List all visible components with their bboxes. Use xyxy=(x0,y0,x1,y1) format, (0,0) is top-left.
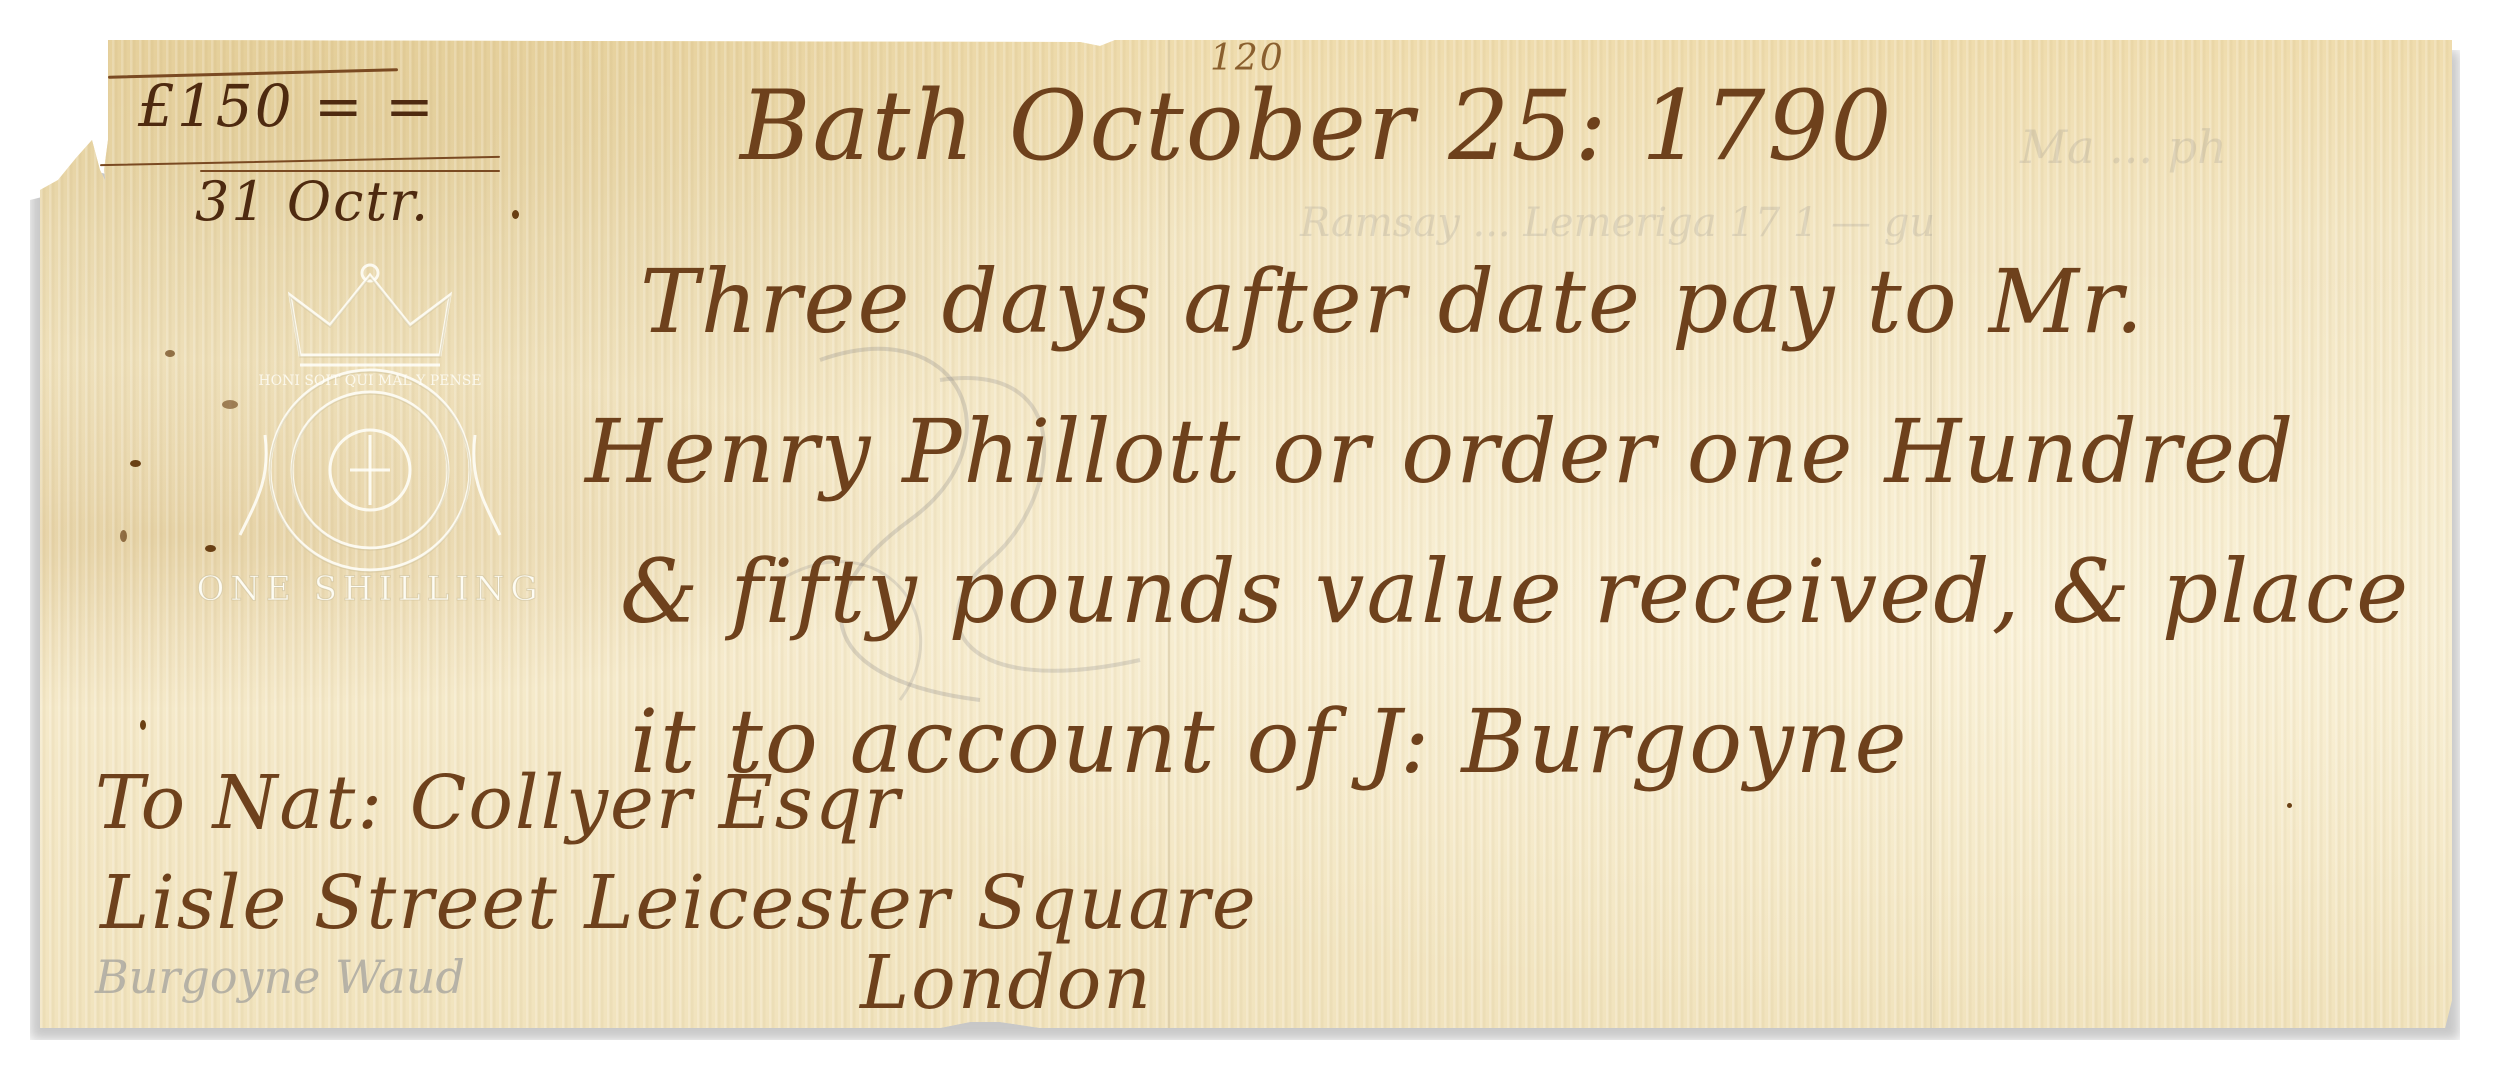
ink-spot xyxy=(2287,803,2292,808)
stamp-motto: HONI SOIT QUI MAL Y PENSE xyxy=(258,373,481,389)
place-date: Bath October 25: 1790 xyxy=(740,70,1894,182)
ink-spot xyxy=(130,460,141,467)
bleed-through-text: Ma ... ph xyxy=(2020,120,2227,174)
ink-spot xyxy=(512,210,519,219)
body-line-3: & fifty pounds value received, & place xyxy=(620,540,2410,643)
ink-spot xyxy=(120,530,127,542)
bleed-through-scrawl-icon xyxy=(760,320,1220,740)
stamp-denomination: ONE SHILLING xyxy=(196,569,543,609)
margin-due-date: 31 Octr. xyxy=(195,170,430,233)
margin-amount: £150 = = xyxy=(138,72,436,140)
ink-spot xyxy=(165,350,175,357)
bleed-through-text: Ramsay ... Lemeriga 17 1 — gu xyxy=(1300,200,1935,246)
addressee-line-2: Lisle Street Leicester Square xyxy=(100,860,1258,946)
ink-spot xyxy=(222,400,238,409)
paper-fold-line xyxy=(1930,40,1932,1028)
addressee-line-1: To Nat: Collyer Esqr xyxy=(95,760,902,846)
addressee-line-3: London xyxy=(860,940,1153,1026)
pencil-note: Burgoyne Waud xyxy=(95,950,465,1004)
embossed-stamp-icon: ONE SHILLING HONI SOIT QUI MAL Y PENSE xyxy=(170,235,570,615)
ink-spot xyxy=(140,720,146,730)
ink-spot xyxy=(205,545,216,552)
body-line-1: Three days after date pay to Mr. xyxy=(640,250,2145,353)
body-line-2: Henry Phillott or order one Hundred xyxy=(585,400,2295,503)
